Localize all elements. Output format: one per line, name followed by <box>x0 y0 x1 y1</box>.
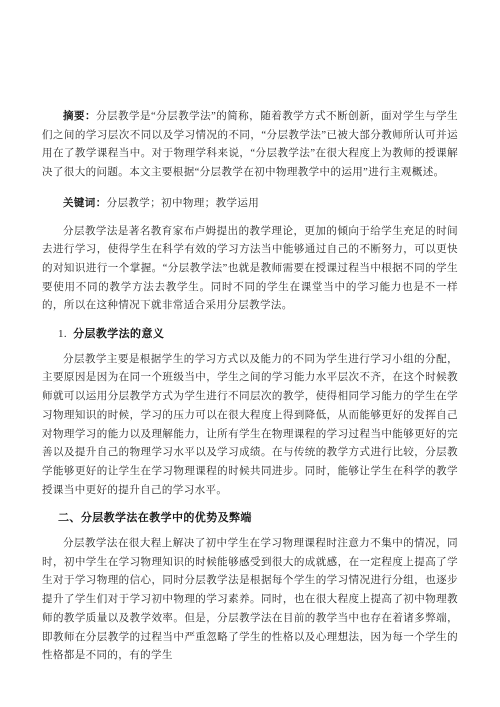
section-1-heading: 1.分层教学法的意义 <box>42 325 458 344</box>
abstract-paragraph: 摘要：分层教学是“分层教学法”的简称，随着教学方式不断创新，面对学生与学生们之间… <box>42 108 458 183</box>
section-2-heading: 二、分层教学法在教学中的优势及弊端 <box>42 509 458 528</box>
section-2-title: 分层教学法在教学中的优势及弊端 <box>81 512 252 524</box>
section-2-paragraph: 分层教学法在很大程上解决了初中学生在学习物理课程时注意力不集中的情况，同时，初中… <box>42 535 458 666</box>
abstract-label: 摘要： <box>63 111 96 122</box>
section-1-paragraph: 分层教学主要是根据学生的学习方式以及能力的不同为学生进行学习小组的分配，主要原因… <box>42 351 458 501</box>
intro-paragraph: 分层教学法是著名教育家布卢姆提出的教学理论，更加的倾向于给学生充足的时间去进行学… <box>42 223 458 317</box>
section-1-number: 1. <box>58 328 67 340</box>
section-1-title: 分层教学法的意义 <box>73 328 164 340</box>
abstract-text: 分层教学是“分层教学法”的简称，随着教学方式不断创新，面对学生与学生们之间的学习… <box>42 111 458 178</box>
document-page: 摘要：分层教学是“分层教学法”的简称，随着教学方式不断创新，面对学生与学生们之间… <box>0 0 500 707</box>
keywords-text: 分层教学；初中物理；教学运用 <box>107 198 260 209</box>
keywords-line: 关键词：分层教学；初中物理；教学运用 <box>42 195 458 214</box>
document-content: 摘要：分层教学是“分层教学法”的简称，随着教学方式不断创新，面对学生与学生们之间… <box>0 0 500 666</box>
section-2-number: 二、 <box>58 512 81 524</box>
keywords-label: 关键词： <box>63 198 107 209</box>
